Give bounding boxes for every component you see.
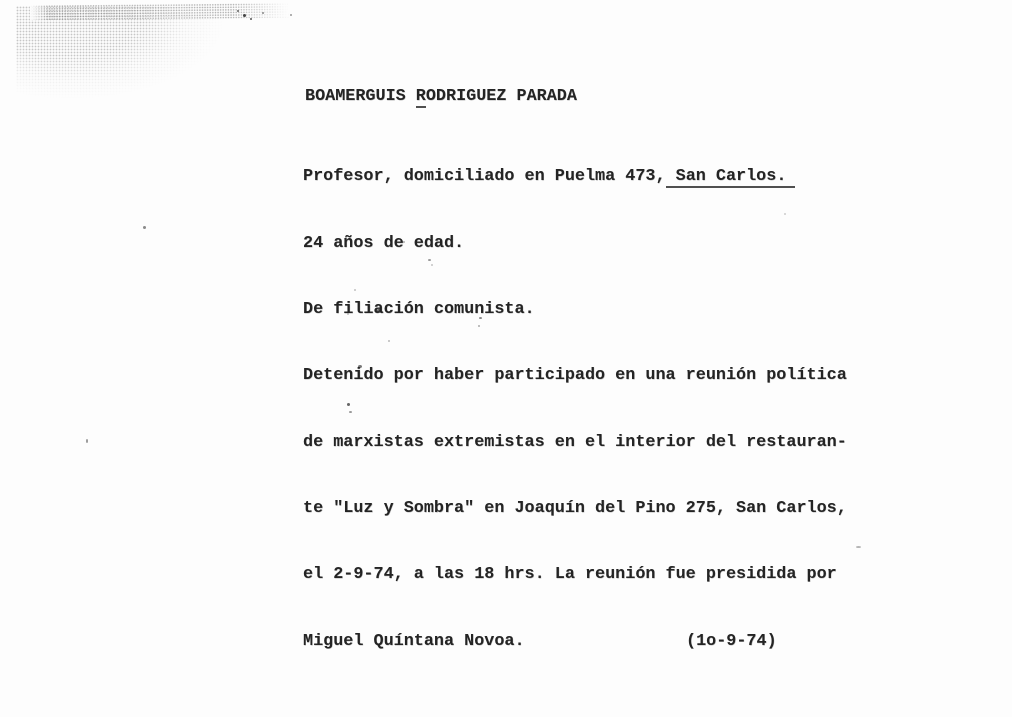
- scan-speck: [243, 14, 246, 17]
- scan-speck: [237, 10, 239, 12]
- text-line-detention-3: te "Luz y Sombra" en Joaquín del Pino 27…: [303, 501, 847, 518]
- text-line-detention-4: el 2-9-74, a las 18 hrs. La reunión fue …: [303, 567, 847, 584]
- text-line-detention-1: Detenido por haber participado en una re…: [303, 368, 847, 385]
- heading-text: BOAMERGUIS: [305, 87, 416, 106]
- scanned-document-page: BOAMERGUIS RODRIGUEZ PARADA Profesor, do…: [0, 0, 1012, 717]
- text-line-affiliation: De filiación comunista.: [303, 302, 847, 319]
- typewritten-text-block: BOAMERGUIS RODRIGUEZ PARADA Profesor, do…: [303, 39, 847, 700]
- scan-speck: [143, 226, 146, 229]
- scan-speck: [250, 18, 252, 20]
- text-line-detention-2: de marxistas extremistas en el interior …: [303, 435, 847, 452]
- document-date: (1o-9-74): [686, 634, 777, 651]
- scan-speck: [86, 439, 88, 443]
- subject-name-heading: BOAMERGUIS RODRIGUEZ PARADA: [305, 89, 847, 106]
- underlined-city: San Carlos.: [666, 167, 796, 188]
- scan-speck: [856, 546, 861, 548]
- text-line-profession-address: Profesor, domiciliado en Puelma 473, San…: [303, 169, 847, 186]
- scan-noise-corner-blob: [16, 6, 268, 134]
- line-text: Profesor, domiciliado en Puelma 473,: [303, 167, 666, 186]
- presider-name: Miguel Quíntana Novoa.: [303, 632, 525, 651]
- heading-text: ODRIGUEZ PARADA: [426, 87, 577, 106]
- scan-speck: [262, 12, 264, 14]
- text-line-presider-and-date: Miguel Quíntana Novoa.(1o-9-74): [303, 634, 847, 651]
- heading-underlined-letter: R: [416, 87, 426, 108]
- scan-speck: [290, 14, 292, 16]
- text-line-age: 24 años de edad.: [303, 236, 847, 253]
